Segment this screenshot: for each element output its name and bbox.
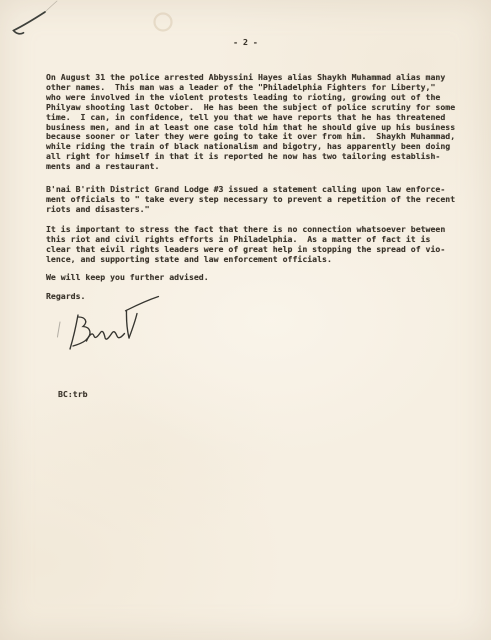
letter-page: - 2 - On August 31 the police arrested A… — [0, 0, 491, 640]
page-number: - 2 - — [0, 38, 491, 48]
ring-smudge-icon — [155, 14, 172, 31]
paragraph-arrest-report: On August 31 the police arrested Abbyssi… — [46, 73, 455, 172]
salutation: Regards. — [46, 292, 85, 302]
signature-scrawl — [58, 297, 159, 350]
paragraph-bnai-brith-statement: B'nai B'rith District Grand Lodge #3 iss… — [46, 185, 455, 215]
paragraph-civil-rights-clarification: It is important to stress the fact that … — [46, 225, 445, 265]
closing-line: We will keep you further advised. — [46, 273, 209, 283]
crease-line — [45, 1, 58, 13]
pen-check-mark-icon — [14, 12, 46, 34]
typist-initials: BC:trb — [58, 390, 88, 400]
